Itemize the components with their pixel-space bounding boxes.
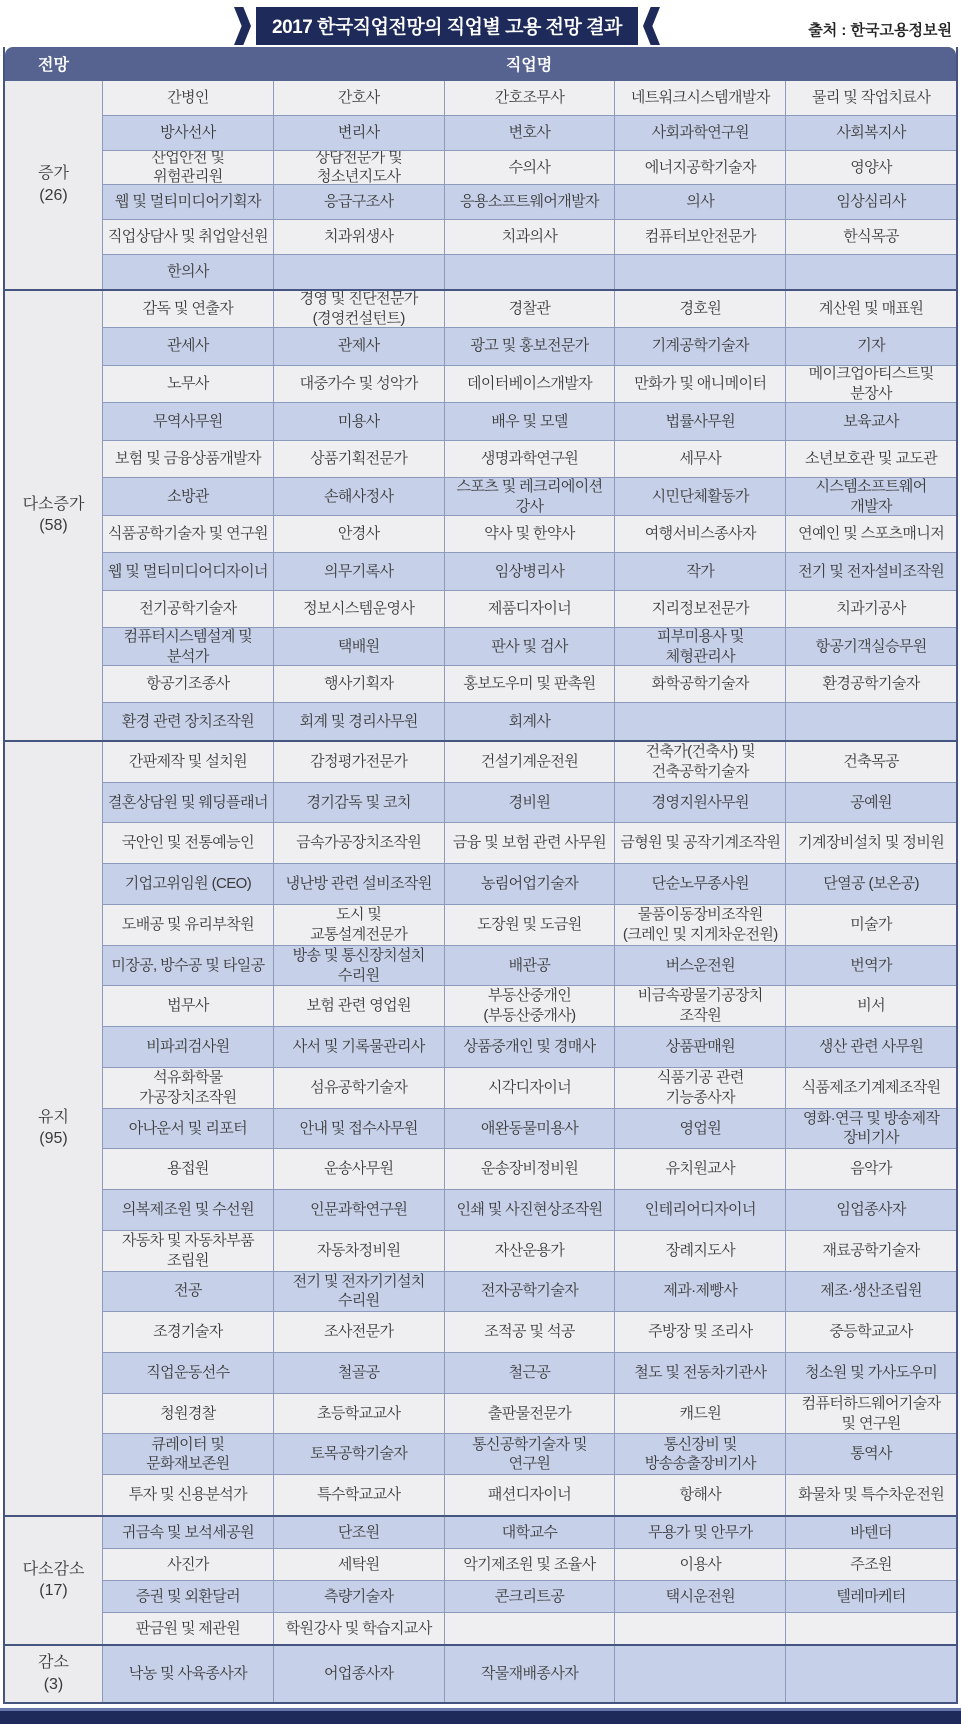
- occupation-cell: 메이크업아티스트및 분장사: [785, 366, 956, 403]
- forecast-section: 감소 (3)낙농 및 사육종사자어업종사자작물재배종사자: [5, 1644, 956, 1702]
- table-row: 석유화학물 가공장치조작원섬유공학기술자시각디자이너식품기공 관련 기능종사자식…: [103, 1067, 956, 1108]
- occupation-cell: 치과위생사: [273, 220, 444, 254]
- occupation-cell: 치과기공사: [785, 591, 956, 628]
- table-row: 감독 및 연출자경영 및 진단전문가 (경영컨설턴트)경찰관경호원계산원 및 매…: [103, 291, 956, 328]
- table-row: 웹 및 멀티미디어기획자응급구조사응용소프트웨어개발자의사임상심리사: [103, 184, 956, 219]
- occupation-cell: 전기 및 전자기기설치 수리원: [273, 1272, 444, 1312]
- occupation-cell: 운송장비정비원: [444, 1149, 615, 1189]
- occupation-cell: 경호원: [614, 291, 785, 328]
- occupation-cell: 법률사무원: [614, 403, 785, 440]
- occupation-cell: [614, 703, 785, 740]
- occupation-cell: 항공기객실승무원: [785, 628, 956, 665]
- table-row: 전공전기 및 전자기기설치 수리원전자공학기술자제과·제빵사제조·생산조립원: [103, 1271, 956, 1312]
- occupation-cell: 결혼상담원 및 웨딩플래너: [103, 783, 273, 823]
- occupation-cell: 에너지공학기술자: [614, 151, 785, 185]
- occupation-cell: [614, 255, 785, 289]
- occupation-cell: 방송 및 통신장치설치 수리원: [273, 946, 444, 986]
- occupation-cell: 경영 및 진단전문가 (경영컨설턴트): [273, 291, 444, 328]
- occupation-cell: [614, 1646, 785, 1702]
- occupation-cell: 조사전문가: [273, 1312, 444, 1352]
- occupation-cell: 의무기록사: [273, 553, 444, 590]
- occupation-cell: 학원강사 및 학습지교사: [273, 1613, 444, 1644]
- forecast-category-cell: 다소증가 (58): [5, 291, 103, 740]
- forecast-category-cell: 감소 (3): [5, 1646, 103, 1702]
- occupation-cell: 전기 및 전자설비조작원: [785, 553, 956, 590]
- occupation-cell: 인쇄 및 사진현상조작원: [444, 1190, 615, 1230]
- occupation-cell: 주방장 및 조리사: [614, 1312, 785, 1352]
- occupation-cell: 아나운서 및 리포터: [103, 1109, 273, 1149]
- forecast-category-cell: 증가 (26): [5, 81, 103, 289]
- occupation-cell: 의사: [614, 185, 785, 219]
- occupation-cell: 경영지원사무원: [614, 783, 785, 823]
- occupation-cell: 전공: [103, 1272, 273, 1312]
- occupation-cell: 제조·생산조립원: [785, 1272, 956, 1312]
- occupation-cell: [785, 1613, 956, 1644]
- occupation-cell: 법무사: [103, 986, 273, 1026]
- occupation-cell: 보육교사: [785, 403, 956, 440]
- page-title: 2017 한국직업전망의 직업별 고용 전망 결과: [272, 17, 622, 38]
- occupation-cell: 귀금속 및 보석세공원: [103, 1517, 273, 1548]
- occupation-cell: 한의사: [103, 255, 273, 289]
- occupation-cell: 건축목공: [785, 742, 956, 782]
- occupation-cell: 철근공: [444, 1353, 615, 1393]
- occupation-cell: 증권 및 외환달러: [103, 1581, 273, 1612]
- occupation-cell: 만화가 및 애니메이터: [614, 366, 785, 403]
- occupation-cell: 비서: [785, 986, 956, 1026]
- table-header-row: 전망 직업명: [5, 47, 956, 81]
- occupation-cell: 판사 및 검사: [444, 628, 615, 665]
- occupation-cell: 계산원 및 매표원: [785, 291, 956, 328]
- table-row: 결혼상담원 및 웨딩플래너경기감독 및 코치경비원경영지원사무원공예원: [103, 782, 956, 823]
- occupation-cell: 용접원: [103, 1149, 273, 1189]
- occupation-cell: 연예인 및 스포츠매니저: [785, 516, 956, 553]
- occupation-cell: 생산 관련 사무원: [785, 1027, 956, 1067]
- table-row: 의복제조원 및 수선원인문과학연구원인쇄 및 사진현상조작원인테리어디자이너임업…: [103, 1189, 956, 1230]
- occupation-cell: 감정평가전문가: [273, 742, 444, 782]
- occupation-cell: 국안인 및 전통예능인: [103, 823, 273, 863]
- occupation-cell: 임업종사자: [785, 1190, 956, 1230]
- occupation-cell: [614, 1613, 785, 1644]
- occupation-cell: 유치원교사: [614, 1149, 785, 1189]
- occupation-cell: 변호사: [444, 116, 615, 150]
- occupation-cell: 장례지도사: [614, 1231, 785, 1271]
- occupation-cell: 바텐더: [785, 1517, 956, 1548]
- table-row: 투자 및 신용분석가특수학교교사패션디자이너항해사화물차 및 특수차운전원: [103, 1474, 956, 1515]
- occupation-cell: 제품디자이너: [444, 591, 615, 628]
- page-header: 2017 한국직업전망의 직업별 고용 전망 결과 출처 : 한국고용정보원: [0, 0, 961, 47]
- forecast-table: 전망 직업명 증가 (26)간병인간호사간호조무사네트워크시스템개발자물리 및 …: [3, 47, 958, 1704]
- occupation-cell: 택시운전원: [614, 1581, 785, 1612]
- occupation-cell: 자산운용가: [444, 1231, 615, 1271]
- occupation-cell: 투자 및 신용분석가: [103, 1475, 273, 1515]
- occupation-cell: [273, 255, 444, 289]
- table-row: 방사선사변리사변호사사회과학연구원사회복지사: [103, 115, 956, 150]
- occupation-cell: 간병인: [103, 81, 273, 115]
- occupation-cell: [785, 703, 956, 740]
- table-row: 컴퓨터시스템설계 및 분석가택배원판사 및 검사피부미용사 및 체형관리사항공기…: [103, 627, 956, 665]
- table-row: 미장공, 방수공 및 타일공방송 및 통신장치설치 수리원배관공버스운전원번역가: [103, 945, 956, 986]
- occupation-cell: 경비원: [444, 783, 615, 823]
- forecast-category-cell: 유지 (95): [5, 742, 103, 1515]
- occupation-cell: 전기공학기술자: [103, 591, 273, 628]
- occupation-cell: 화학공학기술자: [614, 666, 785, 703]
- forecast-section: 다소감소 (17)귀금속 및 보석세공원단조원대학교수무용가 및 안무가바텐더사…: [5, 1515, 956, 1644]
- occupation-cell: 임상심리사: [785, 185, 956, 219]
- occupation-cell: 운송사무원: [273, 1149, 444, 1189]
- occupation-cell: 인문과학연구원: [273, 1190, 444, 1230]
- occupation-cell: 섬유공학기술자: [273, 1068, 444, 1108]
- table-row: 청원경찰초등학교교사출판물전문가캐드원컴퓨터하드웨어기술자 및 연구원: [103, 1393, 956, 1434]
- column-header-forecast: 전망: [5, 47, 102, 81]
- occupation-cell: 작물재배종사자: [444, 1646, 615, 1702]
- occupation-cell: 대중가수 및 성악가: [273, 366, 444, 403]
- occupation-cell: 컴퓨터하드웨어기술자 및 연구원: [785, 1394, 956, 1434]
- occupation-cell: 악기제조원 및 조율사: [444, 1549, 615, 1580]
- table-row: 간병인간호사간호조무사네트워크시스템개발자물리 및 작업치료사: [103, 81, 956, 115]
- occupation-cell: 화물차 및 특수차운전원: [785, 1475, 956, 1515]
- occupation-cell: 식품제조기계제조작원: [785, 1068, 956, 1108]
- forecast-section: 유지 (95)간판제작 및 설치원감정평가전문가건설기계운전원건축가(건축사) …: [5, 740, 956, 1515]
- occupation-cell: 항해사: [614, 1475, 785, 1515]
- occupation-cell: 영업원: [614, 1109, 785, 1149]
- occupation-cell: 기업고위임원 (CEO): [103, 864, 273, 904]
- occupation-cell: 어업종사자: [273, 1646, 444, 1702]
- occupation-cell: 상품중개인 및 경매사: [444, 1027, 615, 1067]
- occupation-cell: 소년보호관 및 교도관: [785, 441, 956, 478]
- occupation-cell: 무역사무원: [103, 403, 273, 440]
- occupation-cell: 측량기술자: [273, 1581, 444, 1612]
- occupation-cell: 보험 관련 영업원: [273, 986, 444, 1026]
- table-row: 용접원운송사무원운송장비정비원유치원교사음악가: [103, 1148, 956, 1189]
- occupation-cell: 소방관: [103, 478, 273, 515]
- occupation-cell: 응급구조사: [273, 185, 444, 219]
- occupation-cell: 식품기공 관련 기능종사자: [614, 1068, 785, 1108]
- occupation-cell: 애완동물미용사: [444, 1109, 615, 1149]
- occupation-cell: 기계공학기술자: [614, 328, 785, 365]
- occupation-cell: 음악가: [785, 1149, 956, 1189]
- table-row: 한의사: [103, 254, 956, 289]
- occupation-cell: 상품판매원: [614, 1027, 785, 1067]
- occupation-cell: 배우 및 모델: [444, 403, 615, 440]
- occupation-cell: 행사기획자: [273, 666, 444, 703]
- occupation-cell: 중등학교교사: [785, 1312, 956, 1352]
- chevron-left-icon: [643, 7, 660, 45]
- table-row: 큐레이터 및 문화재보존원토목공학기술자통신공학기술자 및 연구원통신장비 및 …: [103, 1433, 956, 1474]
- occupation-cell: 냉난방 관련 설비조작원: [273, 864, 444, 904]
- occupation-cell: 미용사: [273, 403, 444, 440]
- occupation-cell: 약사 및 한약사: [444, 516, 615, 553]
- table-row: 판금원 및 제관원학원강사 및 학습지교사: [103, 1612, 956, 1644]
- occupation-cell: 재료공학기술자: [785, 1231, 956, 1271]
- table-row: 무역사무원미용사배우 및 모델법률사무원보육교사: [103, 402, 956, 440]
- table-row: 전기공학기술자정보시스템운영사제품디자이너지리정보전문가치과기공사: [103, 590, 956, 628]
- table-row: 직업상담사 및 취업알선원치과위생사치과의사컴퓨터보안전문가한식목공: [103, 219, 956, 254]
- occupation-cell: 자동차정비원: [273, 1231, 444, 1271]
- table-body: 증가 (26)간병인간호사간호조무사네트워크시스템개발자물리 및 작업치료사방사…: [5, 81, 956, 1702]
- occupation-cell: [444, 1613, 615, 1644]
- occupation-cell: 농림어업기술자: [444, 864, 615, 904]
- table-row: 조경기술자조사전문가조적공 및 석공주방장 및 조리사중등학교교사: [103, 1311, 956, 1352]
- table-row: 항공기조종사행사기획자홍보도우미 및 판촉원화학공학기술자환경공학기술자: [103, 665, 956, 703]
- table-row: 소방관손해사정사스포츠 및 레크리에이션 강사시민단체활동가시스템소프트웨어 개…: [103, 477, 956, 515]
- column-header-occupation: 직업명: [102, 47, 956, 81]
- occupation-cell: 조적공 및 석공: [444, 1312, 615, 1352]
- forecast-section: 증가 (26)간병인간호사간호조무사네트워크시스템개발자물리 및 작업치료사방사…: [5, 81, 956, 289]
- table-row: 산업안전 및 위험관리원상담전문가 및 청소년지도사수의사에너지공학기술자영양사: [103, 150, 956, 185]
- occupation-cell: 미술가: [785, 905, 956, 945]
- occupation-cell: 경찰관: [444, 291, 615, 328]
- occupation-cell: 출판물전문가: [444, 1394, 615, 1434]
- occupation-cell: 영화·연극 및 방송제작 장비기사: [785, 1109, 956, 1149]
- occupation-cell: 철골공: [273, 1353, 444, 1393]
- occupation-cell: 경기감독 및 코치: [273, 783, 444, 823]
- occupation-cell: 전자공학기술자: [444, 1272, 615, 1312]
- occupation-cell: 금융 및 보험 관련 사무원: [444, 823, 615, 863]
- occupation-cell: 배관공: [444, 946, 615, 986]
- table-row: 노무사대중가수 및 성악가데이터베이스개발자만화가 및 애니메이터메이크업아티스…: [103, 365, 956, 403]
- occupation-cell: 비금속광물기공장치 조작원: [614, 986, 785, 1026]
- occupation-cell: 간판제작 및 설치원: [103, 742, 273, 782]
- occupation-cell: 제과·제빵사: [614, 1272, 785, 1312]
- occupation-cell: 철도 및 전동차기관사: [614, 1353, 785, 1393]
- occupation-cell: 산업안전 및 위험관리원: [103, 151, 273, 185]
- occupation-cell: 도장원 및 도금원: [444, 905, 615, 945]
- occupation-cell: 단열공 (보온공): [785, 864, 956, 904]
- table-row: 관세사관제사광고 및 홍보전문가기계공학기술자기자: [103, 327, 956, 365]
- occupation-cell: 작가: [614, 553, 785, 590]
- occupation-cell: 시스템소프트웨어 개발자: [785, 478, 956, 515]
- chevron-right-icon: [234, 7, 251, 45]
- occupation-cell: 통신장비 및 방송송출장비기사: [614, 1434, 785, 1474]
- occupation-cell: 버스운전원: [614, 946, 785, 986]
- occupation-cell: 생명과학연구원: [444, 441, 615, 478]
- occupation-cell: 비파괴검사원: [103, 1027, 273, 1067]
- table-row: 귀금속 및 보석세공원단조원대학교수무용가 및 안무가바텐더: [103, 1517, 956, 1548]
- occupation-cell: 번역가: [785, 946, 956, 986]
- occupation-cell: 대학교수: [444, 1517, 615, 1548]
- occupation-cell: 노무사: [103, 366, 273, 403]
- forecast-section: 다소증가 (58)감독 및 연출자경영 및 진단전문가 (경영컨설턴트)경찰관경…: [5, 289, 956, 740]
- occupation-cell: 응용소프트웨어개발자: [444, 185, 615, 219]
- occupation-cell: 영양사: [785, 151, 956, 185]
- occupation-cell: [785, 1646, 956, 1702]
- occupation-cell: 안경사: [273, 516, 444, 553]
- occupation-cell: 직업상담사 및 취업알선원: [103, 220, 273, 254]
- table-row: 낙농 및 사육종사자어업종사자작물재배종사자: [103, 1646, 956, 1702]
- occupation-cell: 방사선사: [103, 116, 273, 150]
- occupation-cell: 시각디자이너: [444, 1068, 615, 1108]
- table-row: 간판제작 및 설치원감정평가전문가건설기계운전원건축가(건축사) 및 건축공학기…: [103, 742, 956, 782]
- occupation-cell: 기자: [785, 328, 956, 365]
- occupation-cell: 여행서비스종사자: [614, 516, 785, 553]
- occupation-cell: 안내 및 접수사무원: [273, 1109, 444, 1149]
- occupation-cell: 사회복지사: [785, 116, 956, 150]
- occupation-cell: 큐레이터 및 문화재보존원: [103, 1434, 273, 1474]
- occupation-cell: 손해사정사: [273, 478, 444, 515]
- table-row: 도배공 및 유리부착원도시 및 교통설계전문가도장원 및 도금원물품이동장비조작…: [103, 904, 956, 945]
- occupation-cell: 택배원: [273, 628, 444, 665]
- occupation-cell: 인테리어디자이너: [614, 1190, 785, 1230]
- occupation-cell: 보험 및 금융상품개발자: [103, 441, 273, 478]
- source-text: 출처 : 한국고용정보원: [808, 19, 952, 40]
- occupation-cell: 특수학교교사: [273, 1475, 444, 1515]
- occupation-cell: 통신공학기술자 및 연구원: [444, 1434, 615, 1474]
- occupation-cell: 이용사: [614, 1549, 785, 1580]
- forecast-category-cell: 다소감소 (17): [5, 1517, 103, 1644]
- occupation-cell: 기계장비설치 및 정비원: [785, 823, 956, 863]
- occupation-cell: [785, 255, 956, 289]
- occupation-cell: 세무사: [614, 441, 785, 478]
- occupation-cell: 광고 및 홍보전문가: [444, 328, 615, 365]
- occupation-cell: 네트워크시스템개발자: [614, 81, 785, 115]
- table-row: 법무사보험 관련 영업원부동산중개인 (부동산중개사)비금속광물기공장치 조작원…: [103, 985, 956, 1026]
- table-row: 기업고위임원 (CEO)냉난방 관련 설비조작원농림어업기술자단순노무종사원단열…: [103, 863, 956, 904]
- occupation-cell: 물리 및 작업치료사: [785, 81, 956, 115]
- occupation-cell: 웹 및 멀티미디어디자이너: [103, 553, 273, 590]
- occupation-cell: 치과의사: [444, 220, 615, 254]
- occupation-cell: 토목공학기술자: [273, 1434, 444, 1474]
- occupation-cell: 컴퓨터시스템설계 및 분석가: [103, 628, 273, 665]
- occupation-cell: 사서 및 기록물관리사: [273, 1027, 444, 1067]
- occupation-cell: 스포츠 및 레크리에이션 강사: [444, 478, 615, 515]
- table-row: 증권 및 외환달러측량기술자콘크리트공택시운전원텔레마케터: [103, 1580, 956, 1612]
- table-row: 비파괴검사원사서 및 기록물관리사상품중개인 및 경매사상품판매원생산 관련 사…: [103, 1026, 956, 1067]
- occupation-cell: 세탁원: [273, 1549, 444, 1580]
- occupation-cell: 홍보도우미 및 판촉원: [444, 666, 615, 703]
- occupation-cell: 도배공 및 유리부착원: [103, 905, 273, 945]
- occupation-cell: 석유화학물 가공장치조작원: [103, 1068, 273, 1108]
- occupation-cell: 데이터베이스개발자: [444, 366, 615, 403]
- occupation-cell: 낙농 및 사육종사자: [103, 1646, 273, 1702]
- occupation-cell: 사회과학연구원: [614, 116, 785, 150]
- occupation-cell: 콘크리트공: [444, 1581, 615, 1612]
- occupation-cell: 간호사: [273, 81, 444, 115]
- bottom-bar: [0, 1708, 961, 1724]
- occupation-cell: 임상병리사: [444, 553, 615, 590]
- occupation-cell: 단순노무종사원: [614, 864, 785, 904]
- occupation-cell: 자동차 및 자동차부품 조립원: [103, 1231, 273, 1271]
- table-row: 직업운동선수철골공철근공철도 및 전동차기관사청소원 및 가사도우미: [103, 1352, 956, 1393]
- occupation-cell: 초등학교교사: [273, 1394, 444, 1434]
- occupation-cell: 수의사: [444, 151, 615, 185]
- occupation-cell: 조경기술자: [103, 1312, 273, 1352]
- occupation-cell: [444, 255, 615, 289]
- occupation-cell: 주조원: [785, 1549, 956, 1580]
- occupation-cell: 물품이동장비조작원 (크레인 및 지게차운전원): [614, 905, 785, 945]
- occupation-cell: 단조원: [273, 1517, 444, 1548]
- occupation-cell: 직업운동선수: [103, 1353, 273, 1393]
- occupation-cell: 통역사: [785, 1434, 956, 1474]
- occupation-cell: 피부미용사 및 체형관리사: [614, 628, 785, 665]
- table-row: 식품공학기술자 및 연구원안경사약사 및 한약사여행서비스종사자연예인 및 스포…: [103, 515, 956, 553]
- table-row: 사진가세탁원악기제조원 및 조율사이용사주조원: [103, 1548, 956, 1580]
- occupation-cell: 청원경찰: [103, 1394, 273, 1434]
- occupation-cell: 패션디자이너: [444, 1475, 615, 1515]
- table-row: 자동차 및 자동차부품 조립원자동차정비원자산운용가장례지도사재료공학기술자: [103, 1230, 956, 1271]
- table-row: 국안인 및 전통예능인금속가공장치조작원금융 및 보험 관련 사무원금형원 및 …: [103, 822, 956, 863]
- title-banner: 2017 한국직업전망의 직업별 고용 전망 결과: [256, 7, 638, 45]
- occupation-cell: 금속가공장치조작원: [273, 823, 444, 863]
- table-row: 아나운서 및 리포터안내 및 접수사무원애완동물미용사영업원영화·연극 및 방송…: [103, 1108, 956, 1149]
- occupation-cell: 시민단체활동가: [614, 478, 785, 515]
- occupation-cell: 의복제조원 및 수선원: [103, 1190, 273, 1230]
- occupation-cell: 공예원: [785, 783, 956, 823]
- occupation-cell: 상담전문가 및 청소년지도사: [273, 151, 444, 185]
- occupation-cell: 판금원 및 제관원: [103, 1613, 273, 1644]
- occupation-cell: 사진가: [103, 1549, 273, 1580]
- occupation-cell: 무용가 및 안무가: [614, 1517, 785, 1548]
- occupation-cell: 간호조무사: [444, 81, 615, 115]
- occupation-cell: 캐드원: [614, 1394, 785, 1434]
- occupation-cell: 지리정보전문가: [614, 591, 785, 628]
- occupation-cell: 회계 및 경리사무원: [273, 703, 444, 740]
- occupation-cell: 금형원 및 공작기계조작원: [614, 823, 785, 863]
- occupation-cell: 감독 및 연출자: [103, 291, 273, 328]
- occupation-cell: 환경 관련 장치조작원: [103, 703, 273, 740]
- table-row: 환경 관련 장치조작원회계 및 경리사무원회계사: [103, 702, 956, 740]
- table-row: 웹 및 멀티미디어디자이너의무기록사임상병리사작가전기 및 전자설비조작원: [103, 552, 956, 590]
- occupation-cell: 항공기조종사: [103, 666, 273, 703]
- occupation-cell: 텔레마케터: [785, 1581, 956, 1612]
- occupation-cell: 식품공학기술자 및 연구원: [103, 516, 273, 553]
- occupation-cell: 회계사: [444, 703, 615, 740]
- occupation-cell: 변리사: [273, 116, 444, 150]
- occupation-cell: 관제사: [273, 328, 444, 365]
- occupation-cell: 정보시스템운영사: [273, 591, 444, 628]
- occupation-cell: 상품기획전문가: [273, 441, 444, 478]
- occupation-cell: 웹 및 멀티미디어기획자: [103, 185, 273, 219]
- occupation-cell: 도시 및 교통설계전문가: [273, 905, 444, 945]
- occupation-cell: 부동산중개인 (부동산중개사): [444, 986, 615, 1026]
- occupation-cell: 환경공학기술자: [785, 666, 956, 703]
- occupation-cell: 건설기계운전원: [444, 742, 615, 782]
- occupation-cell: 미장공, 방수공 및 타일공: [103, 946, 273, 986]
- occupation-cell: 한식목공: [785, 220, 956, 254]
- occupation-cell: 건축가(건축사) 및 건축공학기술자: [614, 742, 785, 782]
- occupation-cell: 관세사: [103, 328, 273, 365]
- occupation-cell: 컴퓨터보안전문가: [614, 220, 785, 254]
- occupation-cell: 청소원 및 가사도우미: [785, 1353, 956, 1393]
- table-row: 보험 및 금융상품개발자상품기획전문가생명과학연구원세무사소년보호관 및 교도관: [103, 440, 956, 478]
